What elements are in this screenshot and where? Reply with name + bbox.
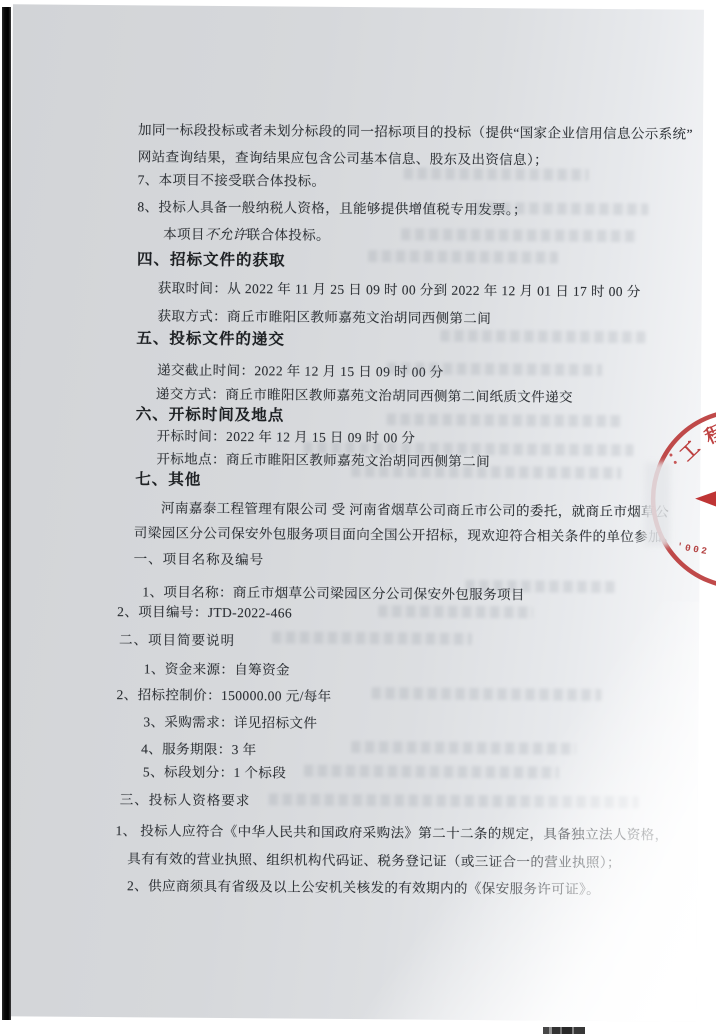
scanned-document-screenshot: 加同一标段投标或者未划分标段的同一招标项目的投标（提供“国家企业信用信息公示系统… bbox=[0, 0, 716, 1034]
document-text-line: 2、项目编号：JTD-2022-466 bbox=[117, 600, 292, 621]
document-text-line: 加同一标段投标或者未划分标段的同一招标项目的投标（提供“国家企业信用信息公示系统… bbox=[138, 118, 693, 142]
document-text-line: 8、投标人具备一般纳税人资格，且能够提供增值税专用发票。； bbox=[137, 195, 527, 218]
document-text-line: 7、本项目不接受联合体投标。 bbox=[138, 168, 326, 189]
ink-bleedthrough-smudge bbox=[473, 202, 648, 215]
ink-bleedthrough-smudge bbox=[378, 605, 533, 618]
document-text-line: 司梁园区分公司保安外包服务项目面向全国公开招标，现欢迎符合相关条件的单位参加。 bbox=[134, 521, 676, 545]
document-text-line: 本项目不允许联合体投标。 bbox=[163, 222, 330, 243]
ink-bleedthrough-smudge bbox=[440, 330, 645, 344]
emphasized-text-segment: 不允许 bbox=[205, 227, 247, 242]
section-heading: 六、开标时间及地点 bbox=[136, 402, 285, 425]
document-text-line: 具有有效的营业执照、组织机构代码证、税务登记证（或三证合一的营业执照）； bbox=[127, 847, 621, 871]
ink-bleedthrough-smudge bbox=[404, 167, 589, 180]
document-text-line: 二、项目简要说明 bbox=[119, 628, 235, 649]
ink-bleedthrough-smudge bbox=[269, 793, 639, 808]
section-heading: 四、招标文件的获取 bbox=[137, 247, 286, 270]
section-heading: 五、投标文件的递交 bbox=[136, 326, 285, 349]
document-text-line: 3、采购需求：详见招标文件 bbox=[143, 710, 317, 731]
section-heading: 七、其他 bbox=[135, 467, 201, 490]
ink-bleedthrough-smudge bbox=[351, 741, 576, 755]
scanned-document-page: 加同一标段投标或者未划分标段的同一招标项目的投标（提供“国家企业信用信息公示系统… bbox=[5, 4, 704, 1021]
cutoff-print-fragment bbox=[543, 1027, 585, 1034]
ink-bleedthrough-smudge bbox=[401, 228, 636, 242]
seal-faded-ink-area bbox=[644, 462, 671, 546]
seal-star-icon bbox=[695, 455, 716, 543]
document-text-line: 2、供应商须具有省级及以上公安机关核发的有效期内的《保安服务许可证》。 bbox=[127, 874, 600, 898]
document-text-line: 5、标段划分：1 个标段 bbox=[143, 760, 286, 781]
scanner-edge-strip bbox=[2, 7, 11, 1020]
document-text-line: 网站查询结果，查询结果应包含公司基本信息、股东及出资信息）； bbox=[138, 145, 548, 168]
document-text-line: 1、 投标人应符合《中华人民共和国政府采购法》第二十二条的规定，具备独立法人资格… bbox=[115, 819, 668, 843]
ink-bleedthrough-smudge bbox=[351, 465, 621, 479]
document-text-line: 一、项目名称及编号 bbox=[134, 547, 265, 568]
document-text-line: 1、资金来源：自筹资金 bbox=[144, 657, 290, 678]
text-segment: 联合体投标。 bbox=[247, 227, 331, 243]
ink-bleedthrough-smudge bbox=[387, 413, 622, 427]
document-text-line: 4、服务期限：3 年 bbox=[141, 737, 257, 758]
ink-bleedthrough-smudge bbox=[272, 631, 472, 645]
text-segment: 本项目 bbox=[163, 226, 205, 241]
ink-bleedthrough-smudge bbox=[304, 765, 559, 779]
document-text-line: 获取时间：从 2022 年 11 月 25 日 09 时 00 分到 2022 … bbox=[158, 276, 641, 300]
ink-bleedthrough-smudge bbox=[368, 250, 558, 263]
document-text-layer: 加同一标段投标或者未划分标段的同一招标项目的投标（提供“国家企业信用信息公示系统… bbox=[13, 4, 704, 9]
document-text-line: 2、招标控制价：150000.00 元/每年 bbox=[116, 683, 331, 705]
ink-bleedthrough-smudge bbox=[387, 362, 602, 376]
ink-bleedthrough-smudge bbox=[372, 687, 602, 701]
ink-bleedthrough-smudge bbox=[465, 580, 615, 593]
document-text-line: 获取方式：商丘市睢阳区教师嘉苑文治胡同西侧第二间 bbox=[157, 304, 491, 327]
document-text-line: 河南嘉泰工程管理有限公司 受 河南省烟草公司商丘市公司的委托，就商丘市烟草公 bbox=[161, 496, 669, 520]
official-seal: 工 程 '002 bbox=[642, 404, 716, 616]
document-text-line: 三、投标人资格要求 bbox=[120, 788, 251, 809]
